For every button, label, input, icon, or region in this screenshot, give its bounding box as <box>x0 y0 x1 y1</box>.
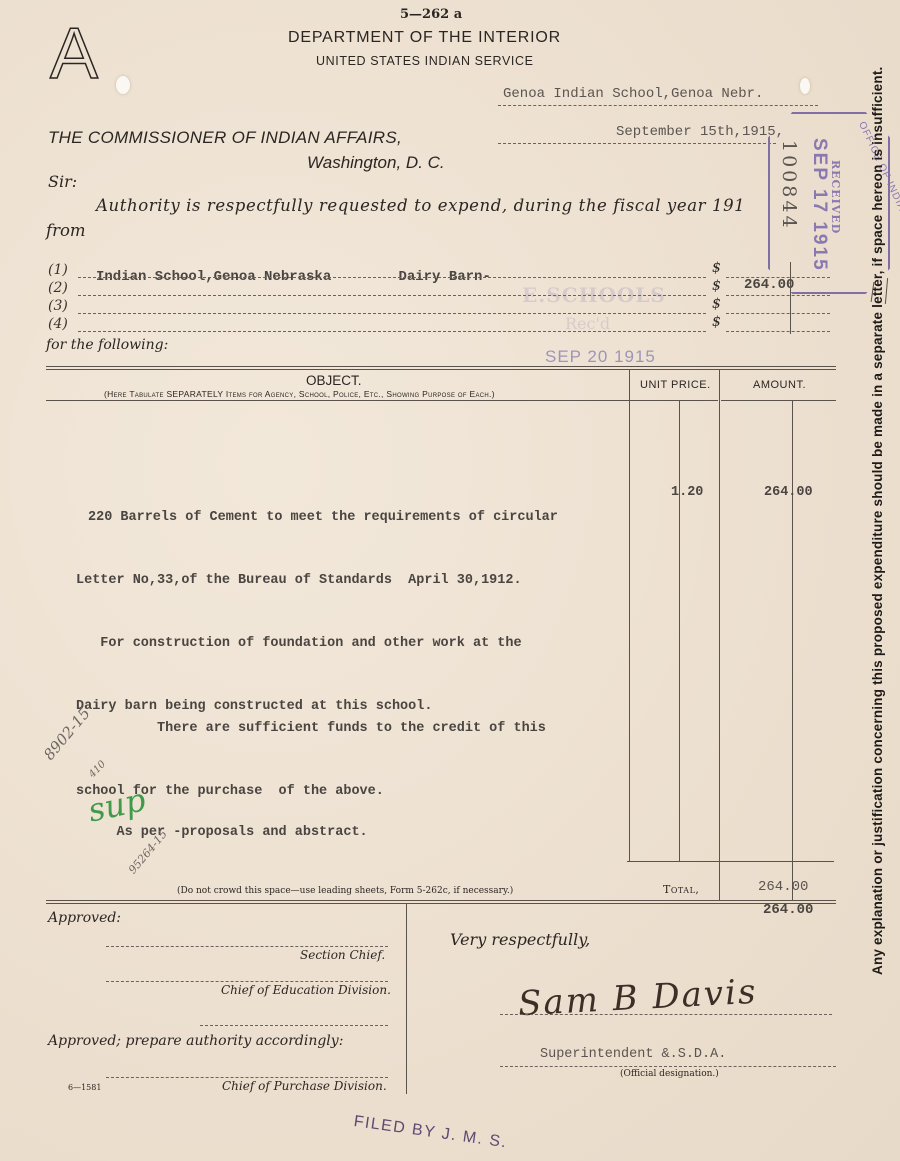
row-number: (1) <box>48 262 68 278</box>
dotted-line <box>78 277 706 278</box>
pencil-mark <box>885 278 888 304</box>
addressee-city: Washington, D. C. <box>307 153 445 173</box>
corner-letter: A <box>50 18 98 90</box>
total-amount-repeat: 264.00 <box>763 902 813 918</box>
unit-price-value: 1.20 <box>671 485 703 500</box>
addressee: THE COMMISSIONER OF INDIAN AFFAIRS, <box>48 128 402 148</box>
closing: Very respectfully, <box>450 930 590 949</box>
col-unit-price-header: UNIT PRICE. <box>640 379 711 391</box>
received-stamp-word: RECEIVED <box>829 160 842 234</box>
column-divider <box>792 401 793 900</box>
signature-line <box>106 1077 388 1078</box>
designation-label: (Official designation.) <box>620 1069 719 1079</box>
chief-education-label: Chief of Education Division. <box>221 983 391 997</box>
header-underline <box>630 400 718 401</box>
date-field: September 15th,1915, <box>616 124 784 140</box>
column-divider <box>719 370 720 900</box>
signature-line <box>200 1025 388 1026</box>
row-number: (3) <box>48 298 68 314</box>
service-title: UNITED STATES INDIAN SERVICE <box>316 54 534 68</box>
received-stamp-date: SEP 17 1915 <box>808 138 830 272</box>
side-note: Any explanation or justification concern… <box>870 67 885 975</box>
date-line <box>498 143 776 144</box>
row-number: (4) <box>48 316 68 332</box>
location-field: Genoa Indian School,Genoa Nebr. <box>503 86 763 102</box>
column-divider <box>679 401 680 862</box>
col-amount-header: AMOUNT. <box>753 379 806 391</box>
funds-statement: There are sufficient funds to the credit… <box>76 676 546 844</box>
approved-prepare-label: Approved; prepare authority accordingly: <box>48 1033 343 1049</box>
amount-value: 264.00 <box>764 485 813 500</box>
chief-purchase-label: Chief of Purchase Division. <box>222 1079 387 1093</box>
dollar-sign: $ <box>712 314 721 330</box>
dollar-sign: $ <box>712 260 721 276</box>
filed-by-stamp: FILED BY J. M. S. <box>352 1113 508 1152</box>
for-following-label: for the following: <box>46 337 168 353</box>
designation: Superintendent &.S.D.A. <box>540 1047 726 1062</box>
table-top-rule <box>46 369 836 370</box>
funds-line: school for the purchase of the above. <box>76 781 546 802</box>
col-object-note: (Here Tabulate SEPARATELY Items for Agen… <box>104 389 495 399</box>
dotted-line <box>78 331 706 332</box>
designation-line <box>500 1066 836 1067</box>
header-underline <box>721 400 836 401</box>
subtotal-rule <box>627 861 834 862</box>
object-line: For construction of foundation and other… <box>76 633 558 654</box>
col-object-header: OBJECT. <box>306 373 362 388</box>
form-code: 6—1581 <box>68 1083 101 1092</box>
dollar-sign: $ <box>712 278 721 294</box>
crowd-note: (Do not crowd this space—use leading she… <box>177 886 513 896</box>
total-amount: 264.00 <box>758 879 808 895</box>
funds-line: There are sufficient funds to the credit… <box>76 718 546 739</box>
approval-divider <box>406 904 407 1094</box>
dotted-line <box>726 313 830 314</box>
dotted-line <box>726 295 830 296</box>
signature-line <box>106 946 388 947</box>
section-chief-label: Section Chief. <box>300 948 385 962</box>
table-top-rule <box>46 366 836 367</box>
table-bottom-rule <box>46 903 836 904</box>
signature-line <box>500 1014 832 1015</box>
form-number: 5—262 a <box>400 7 462 22</box>
location-line <box>498 105 818 106</box>
dotted-line <box>78 313 706 314</box>
punch-hole <box>800 78 810 94</box>
department-title: DEPARTMENT OF THE INTERIOR <box>288 29 561 47</box>
from-label: from <box>46 221 86 240</box>
punch-hole <box>116 76 130 94</box>
total-label: Total, <box>663 883 699 896</box>
approved-label: Approved: <box>48 910 121 926</box>
object-line: Letter No,33,of the Bureau of Standards … <box>76 570 558 591</box>
dollar-sign: $ <box>712 296 721 312</box>
row-number: (2) <box>48 280 68 296</box>
column-divider <box>629 370 630 862</box>
table-bottom-rule <box>46 900 836 901</box>
received-stamp-number: 100844 <box>778 140 800 231</box>
request-text: Authority is respectfully requested to e… <box>96 196 745 215</box>
salutation: Sir: <box>48 172 77 191</box>
object-line: 220 Barrels of Cement to meet the requir… <box>76 507 558 528</box>
schools-stamp-title: E.SCHOOLS <box>522 283 666 307</box>
schools-stamp-recd: Rec'd <box>565 314 610 333</box>
schools-stamp-date: SEP 20 1915 <box>545 347 656 367</box>
signature: Sam B Davis <box>517 972 758 1024</box>
dotted-line <box>726 331 830 332</box>
header-underline <box>46 400 629 401</box>
signature-line <box>106 981 388 982</box>
